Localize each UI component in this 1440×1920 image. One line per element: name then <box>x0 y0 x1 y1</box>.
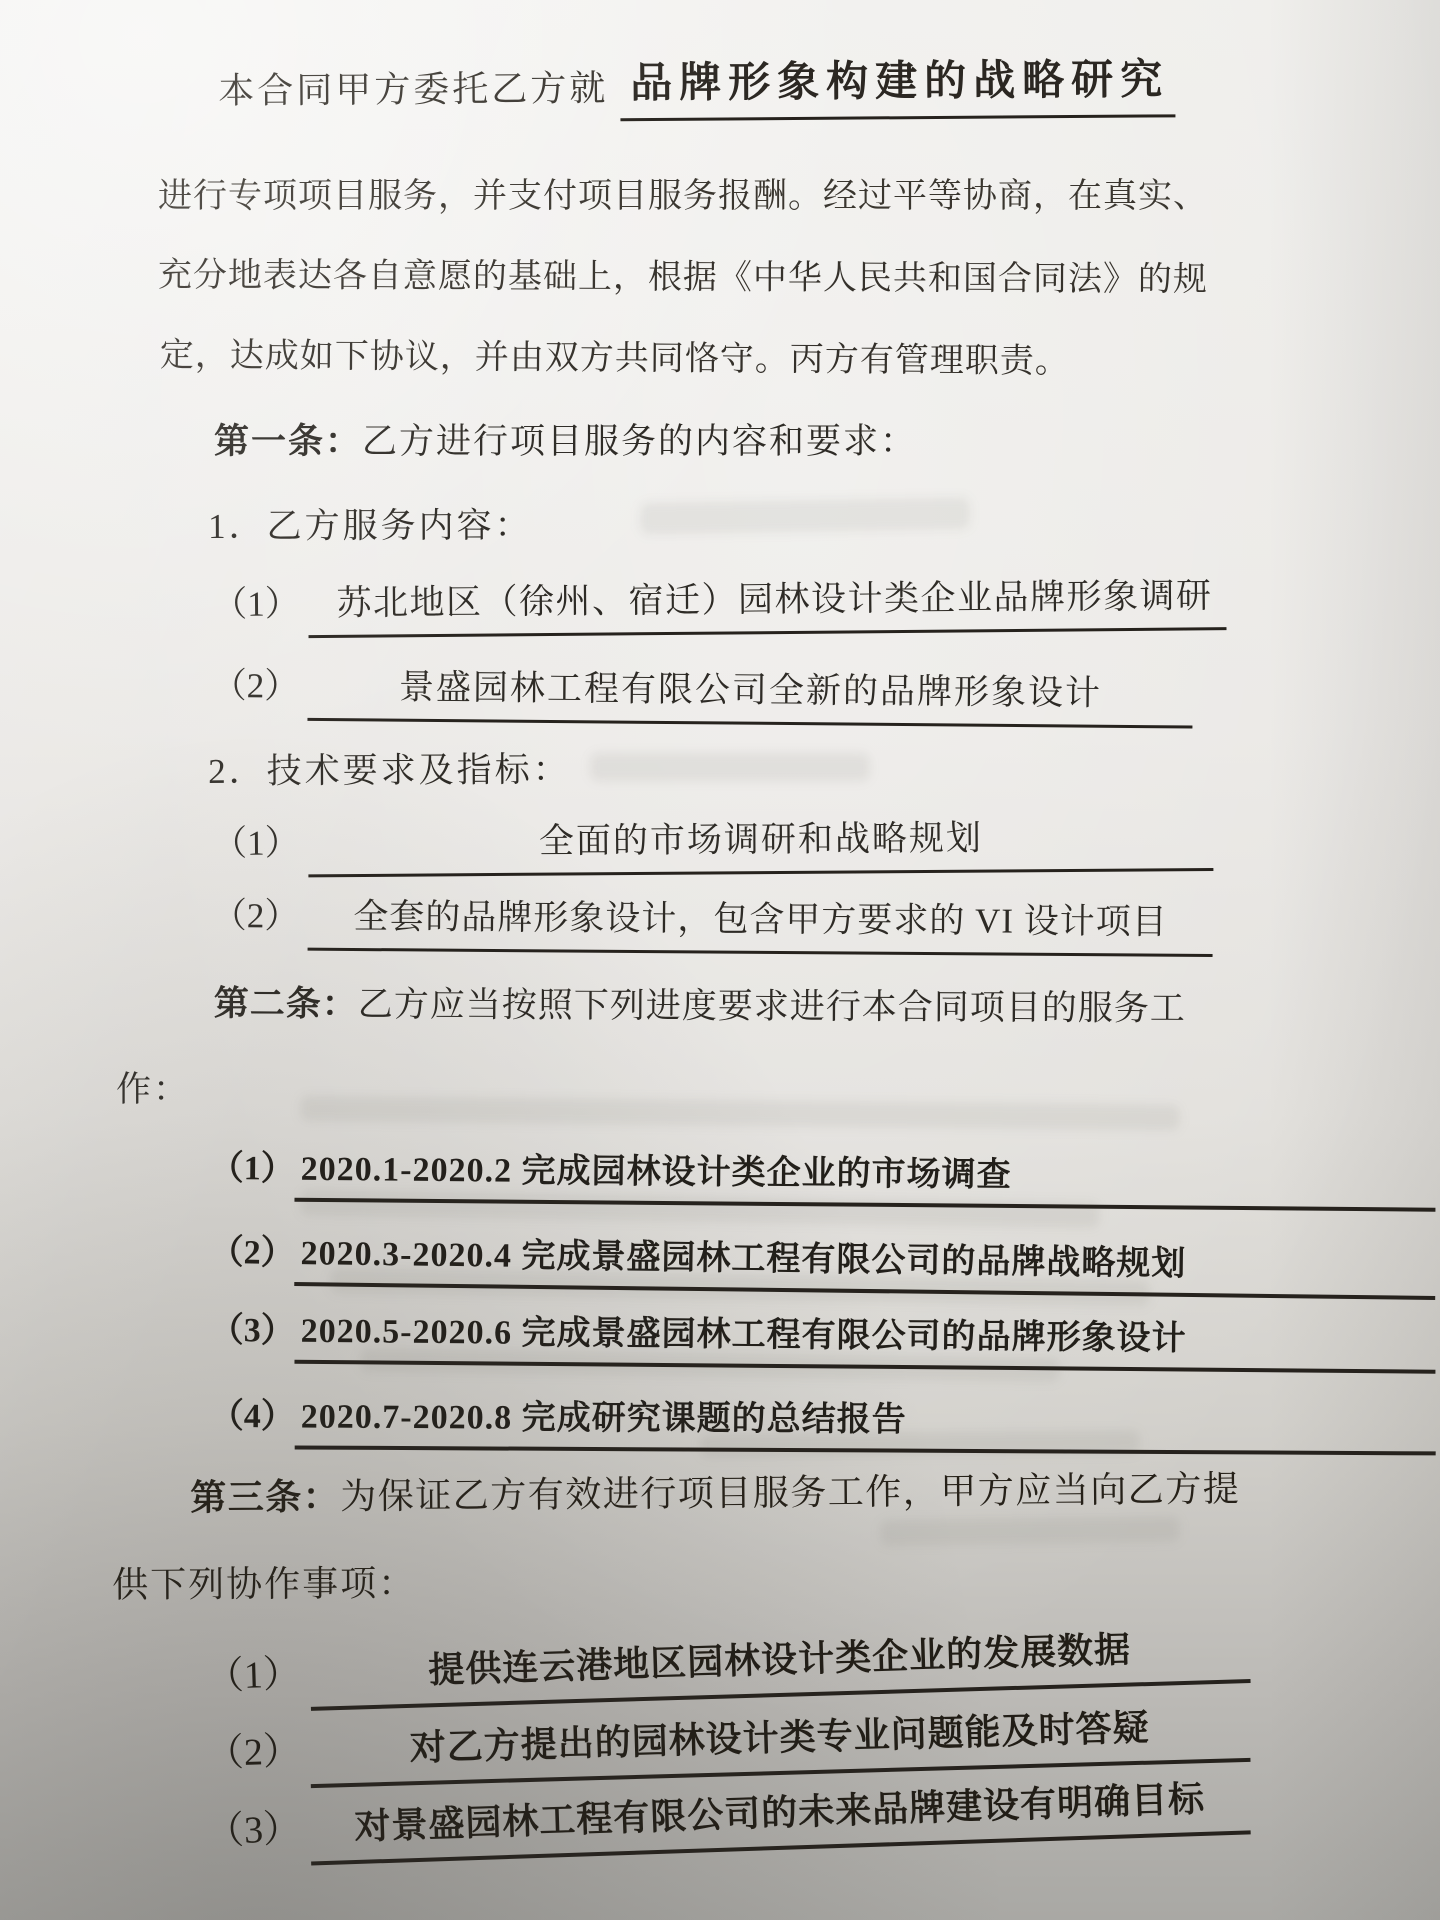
bleed-through-smudge <box>640 497 971 535</box>
article2-heading-label: 第二条： <box>214 984 358 1024</box>
article1-heading-text: 乙方进行项目服务的内容和要求： <box>362 422 917 461</box>
intro-line-2: 进行专项项目服务，并支付项目服务报酬。经过平等协商，在真实、 <box>158 168 1208 217</box>
article1-sub4-fill: 全套的品牌形象设计，包含甲方要求的 VI 设计项目 <box>308 889 1213 957</box>
contract-page-photo: 本合同甲方委托乙方就 品牌形象构建的战略研究 进行专项项目服务，并支付项目服务报… <box>0 0 1440 1920</box>
schedule-row-num: （4） <box>210 1388 295 1437</box>
article1-item2-text: 技术要求及指标： <box>267 750 571 791</box>
cooperation-item-num: （1） <box>205 1642 302 1700</box>
intro-line-3: 充分地表达各自意愿的基础上，根据《中华人民共和国合同法》的规 <box>158 247 1208 301</box>
article1-item2: 2．技术要求及指标： <box>208 742 571 794</box>
article1-item1-text: 乙方服务内容： <box>267 506 533 546</box>
schedule-row-fill: 2020.5-2020.6 完成景盛园林工程有限公司的品牌形象设计 <box>294 1303 1435 1374</box>
article1-sub4: （2） 全套的品牌形象设计，包含甲方要求的 VI 设计项目 <box>212 888 1214 957</box>
schedule-row-num: （2） <box>209 1224 295 1274</box>
article3-heading-wrap: 供下列协作事项： <box>112 1555 416 1608</box>
article1-sub2-num: （2） <box>212 658 300 709</box>
article1-sub2: （2） 景盛园林工程有限公司全新的品牌形象设计 <box>211 658 1193 729</box>
article1-sub1-num: （1） <box>212 576 300 627</box>
schedule-row-fill: 2020.3-2020.4 完成景盛园林工程有限公司的品牌战略规划 <box>294 1225 1436 1300</box>
article1-sub2-fill: 景盛园林工程有限公司全新的品牌形象设计 <box>308 659 1194 729</box>
article1-sub3-fill: 全面的市场调研和战略规划 <box>308 809 1213 877</box>
schedule-row: （2）2020.3-2020.4 完成景盛园林工程有限公司的品牌战略规划 <box>209 1224 1436 1300</box>
article3-heading: 第三条：为保证乙方有效进行项目服务工作，甲方应当向乙方提 <box>190 1461 1240 1521</box>
article3-heading-label: 第三条： <box>190 1477 340 1518</box>
bleed-through-smudge <box>590 753 870 781</box>
bleed-through-smudge <box>300 1095 1180 1130</box>
article2-heading: 第二条：乙方应当按照下列进度要求进行本合同项目的服务工 <box>214 976 1186 1031</box>
schedule-row-num: （1） <box>210 1140 295 1190</box>
article2-heading-wrap: 作： <box>116 1062 190 1112</box>
schedule-row: （3）2020.5-2020.6 完成景盛园林工程有限公司的品牌形象设计 <box>209 1302 1435 1374</box>
cooperation-item-num: （2） <box>205 1719 302 1777</box>
article1-sub3-num: （1） <box>212 815 300 866</box>
article1-sub3: （1） 全面的市场调研和战略规划 <box>212 809 1214 878</box>
article1-item1-label: 1． <box>208 507 267 546</box>
bleed-through-smudge <box>880 1516 1180 1546</box>
contract-subject-underlined: 品牌形象构建的战略研究 <box>620 46 1175 121</box>
intro-line-1: 本合同甲方委托乙方就 品牌形象构建的战略研究 <box>218 49 1176 127</box>
intro-line-1-text: 本合同甲方委托乙方就 <box>218 68 608 111</box>
intro-line-4: 定，达成如下协议，并由双方共同恪守。丙方有管理职责。 <box>160 327 1070 382</box>
schedule-row: （1）2020.1-2020.2 完成园林设计类企业的市场调查 <box>209 1140 1435 1212</box>
article1-heading-label: 第一条： <box>214 422 362 461</box>
article1-sub4-num: （2） <box>212 888 300 939</box>
article2-heading-rest: 乙方应当按照下列进度要求进行本合同项目的服务工 <box>358 985 1186 1028</box>
schedule-row-num: （3） <box>210 1302 295 1352</box>
cooperation-item-num: （3） <box>205 1797 302 1855</box>
schedule-row: （4）2020.7-2020.8 完成研究课题的总结报告 <box>210 1388 1436 1455</box>
schedule-row-fill: 2020.7-2020.8 完成研究课题的总结报告 <box>295 1388 1436 1455</box>
article1-item1: 1．乙方服务内容： <box>208 498 533 549</box>
schedule-row-fill: 2020.1-2020.2 完成园林设计类企业的市场调查 <box>294 1141 1435 1212</box>
article3-heading-rest: 为保证乙方有效进行项目服务工作，甲方应当向乙方提 <box>340 1469 1240 1517</box>
article1-item2-label: 2． <box>208 752 267 791</box>
article1-sub1: （1） 苏北地区（徐州、宿迁）园林设计类企业品牌形象调研 <box>212 568 1227 639</box>
article1-sub1-fill: 苏北地区（徐州、宿迁）园林设计类企业品牌形象调研 <box>308 568 1227 638</box>
article1-heading: 第一条：乙方进行项目服务的内容和要求： <box>214 414 917 464</box>
